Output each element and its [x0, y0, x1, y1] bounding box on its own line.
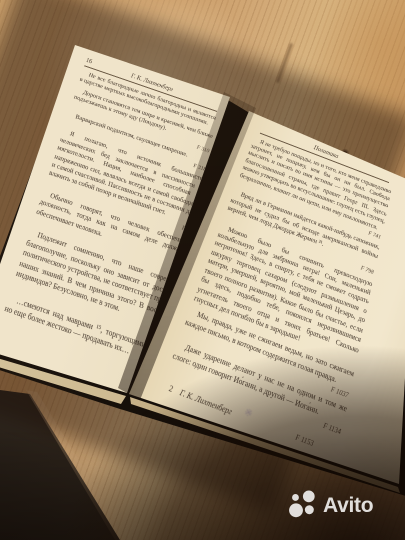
margin-ref: F 1153	[294, 433, 314, 449]
running-head-spacer	[200, 103, 217, 109]
photo-open-book-on-table: 16 Г. К. Лихтенберг Не все благородные л…	[0, 0, 405, 540]
avito-logo-icon	[288, 490, 320, 522]
signature-mark: 2	[167, 385, 174, 396]
watermark-label: Avito	[323, 494, 373, 518]
page-number: 16	[85, 58, 104, 69]
avito-watermark: Avito	[288, 490, 373, 522]
